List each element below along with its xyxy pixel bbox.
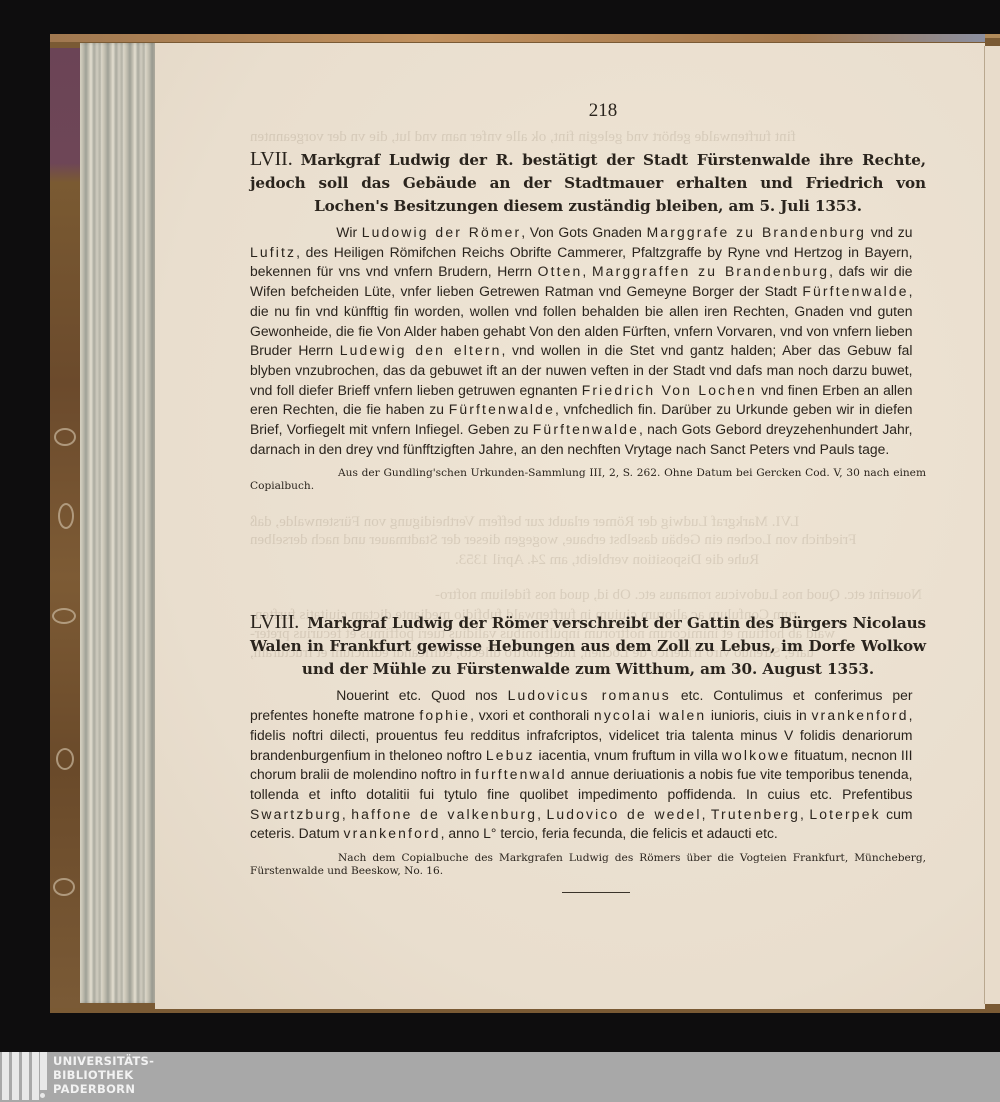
section-title: Markgraf Ludwig der Römer verschreibt de…	[250, 614, 926, 678]
emphasized-name: fophie	[419, 708, 470, 724]
page-content: 218 LVII.Markgraf Ludwig der R. bestätig…	[250, 100, 926, 893]
emphasized-name: Friedrich Von Lochen	[582, 383, 757, 399]
document-section-lviii: LVIII.Markgraf Ludwig der Römer verschre…	[250, 611, 926, 893]
text-run: iunioris, ciuis in	[706, 708, 811, 724]
charter-text: Nouerint etc. Quod nos Ludovicus romanus…	[250, 687, 912, 845]
section-number: LVIII.	[250, 611, 299, 633]
emphasized-name: Lebuz	[486, 748, 535, 764]
emphasized-name: Trutenberg	[711, 807, 800, 823]
emphasized-name: Otten	[538, 264, 583, 280]
library-footer-bar: UNIVERSITÄTS- BIBLIOTHEK PADERBORN	[0, 1052, 1000, 1102]
emphasized-name: Swartzburg	[250, 807, 342, 823]
section-spacer	[250, 493, 926, 611]
emphasized-name: Marggrafe zu Brandenburg	[647, 225, 866, 241]
page-edges-stack	[80, 43, 155, 1003]
text-run: ,	[342, 807, 351, 823]
section-title: Markgraf Ludwig der R. bestätigt der Sta…	[250, 151, 926, 215]
text-run: vnd zu	[866, 225, 912, 241]
emphasized-name: Ludowig der Römer	[362, 225, 522, 241]
library-logo-text: UNIVERSITÄTS- BIBLIOTHEK PADERBORN	[53, 1054, 154, 1096]
emphasized-name: furftenwald	[475, 767, 567, 783]
emphasized-name: wolkowe	[722, 748, 790, 764]
text-run: , Von Gots Gnaden	[521, 225, 646, 241]
document-section-lvii: LVII.Markgraf Ludwig der R. bestätigt de…	[250, 148, 926, 493]
text-run: , vxori et conthorali	[470, 708, 594, 724]
cover-top-edge	[50, 34, 985, 42]
text-run: , anno L° tercio, feria fecunda, die fel…	[441, 826, 778, 842]
emphasized-name: Ludewig den eltern	[340, 343, 502, 359]
source-note: Aus der Gundling'schen Urkunden-Sammlung…	[250, 467, 926, 493]
end-rule	[562, 892, 630, 893]
text-run: ,	[800, 807, 809, 823]
text-run: ,	[702, 807, 711, 823]
text-run: Wir	[336, 225, 361, 241]
text-run: ,	[582, 264, 592, 280]
section-heading: LVII.Markgraf Ludwig der R. bestätigt de…	[250, 148, 926, 218]
emphasized-name: haffone de valkenburg	[351, 807, 537, 823]
charter-text: Wir Ludowig der Römer, Von Gots Gnaden M…	[250, 224, 912, 460]
emphasized-name: Ludovico de wedel	[546, 807, 701, 823]
emphasized-name: Fürftenwalde	[533, 422, 639, 438]
page-number: 218	[280, 100, 926, 122]
emphasized-name: nycolai walen	[594, 708, 706, 724]
marbled-cover-edge	[50, 48, 80, 1008]
emphasized-name: Ludovicus romanus	[508, 688, 671, 704]
text-run: iacentia, vnum fruftum in villa	[535, 748, 722, 764]
text-run: ,	[537, 807, 546, 823]
section-number: LVII.	[250, 148, 293, 170]
emphasized-name: vrankenford	[811, 708, 908, 724]
emphasized-name: Fürftenwalde	[449, 402, 555, 418]
emphasized-name: Lufitz	[250, 245, 296, 261]
facing-page-edge	[984, 46, 1000, 1004]
text-run: Nouerint etc. Quod nos	[336, 688, 507, 704]
emphasized-name: Fürftenwalde	[802, 284, 908, 300]
section-heading: LVIII.Markgraf Ludwig der Römer verschre…	[250, 611, 926, 681]
emphasized-name: vrankenford	[343, 826, 440, 842]
emphasized-name: Marggraffen zu Brandenburg	[592, 264, 829, 280]
emphasized-name: Loterpek	[809, 807, 880, 823]
source-note: Nach dem Copialbuche des Markgrafen Ludw…	[250, 852, 926, 878]
